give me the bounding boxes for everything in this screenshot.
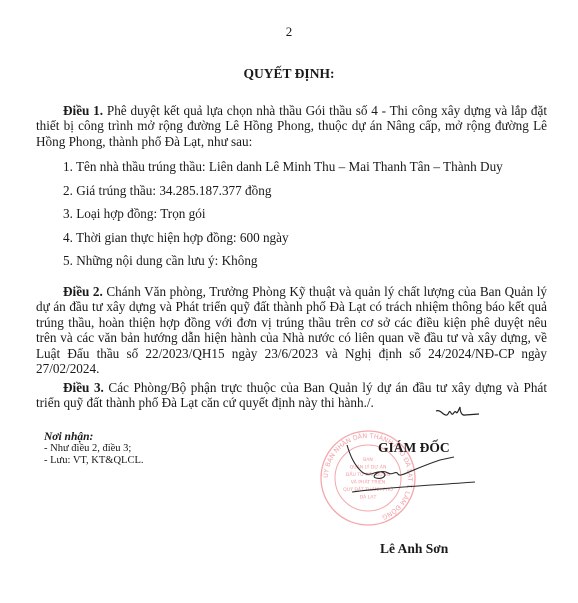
list-item: 3. Loại hợp đồng: Trọn gói [36, 206, 547, 230]
initials-mark [435, 406, 480, 420]
article-1-items: 1. Tên nhà thầu trúng thầu: Liên danh Lê… [36, 159, 547, 277]
list-item: 1. Tên nhà thầu trúng thầu: Liên danh Lê… [36, 159, 547, 183]
recipients-block: Nơi nhận: - Như điều 2, điều 3; - Lưu: V… [44, 431, 144, 467]
article-2-text: Chánh Văn phòng, Trưởng Phòng Kỹ thuật v… [36, 284, 547, 376]
recipient-line: - Lưu: VT, KT&QLCL. [44, 455, 144, 467]
recipient-line: - Như điều 2, điều 3; [44, 443, 144, 455]
article-2: Điều 2. Chánh Văn phòng, Trưởng Phòng Kỹ… [36, 284, 547, 376]
article-1: Điều 1. Phê duyệt kết quả lựa chọn nhà t… [36, 103, 547, 149]
list-item: 4. Thời gian thực hiện hợp đồng: 600 ngà… [36, 230, 547, 254]
document-title: QUYẾT ĐỊNH: [0, 66, 578, 82]
article-2-label: Điều 2. [63, 284, 103, 299]
list-item: 5. Những nội dung cần lưu ý: Không [36, 253, 547, 277]
signature [340, 440, 480, 500]
article-1-text: Phê duyệt kết quả lựa chọn nhà thầu Gói … [36, 103, 547, 149]
article-3-label: Điều 3. [63, 380, 104, 395]
recipients-heading: Nơi nhận: [44, 431, 144, 443]
list-item: 2. Giá trúng thầu: 34.285.187.377 đồng [36, 183, 547, 207]
signer-name: Lê Anh Sơn [380, 541, 448, 557]
page-number: 2 [0, 24, 578, 40]
article-1-label: Điều 1. [63, 103, 103, 118]
